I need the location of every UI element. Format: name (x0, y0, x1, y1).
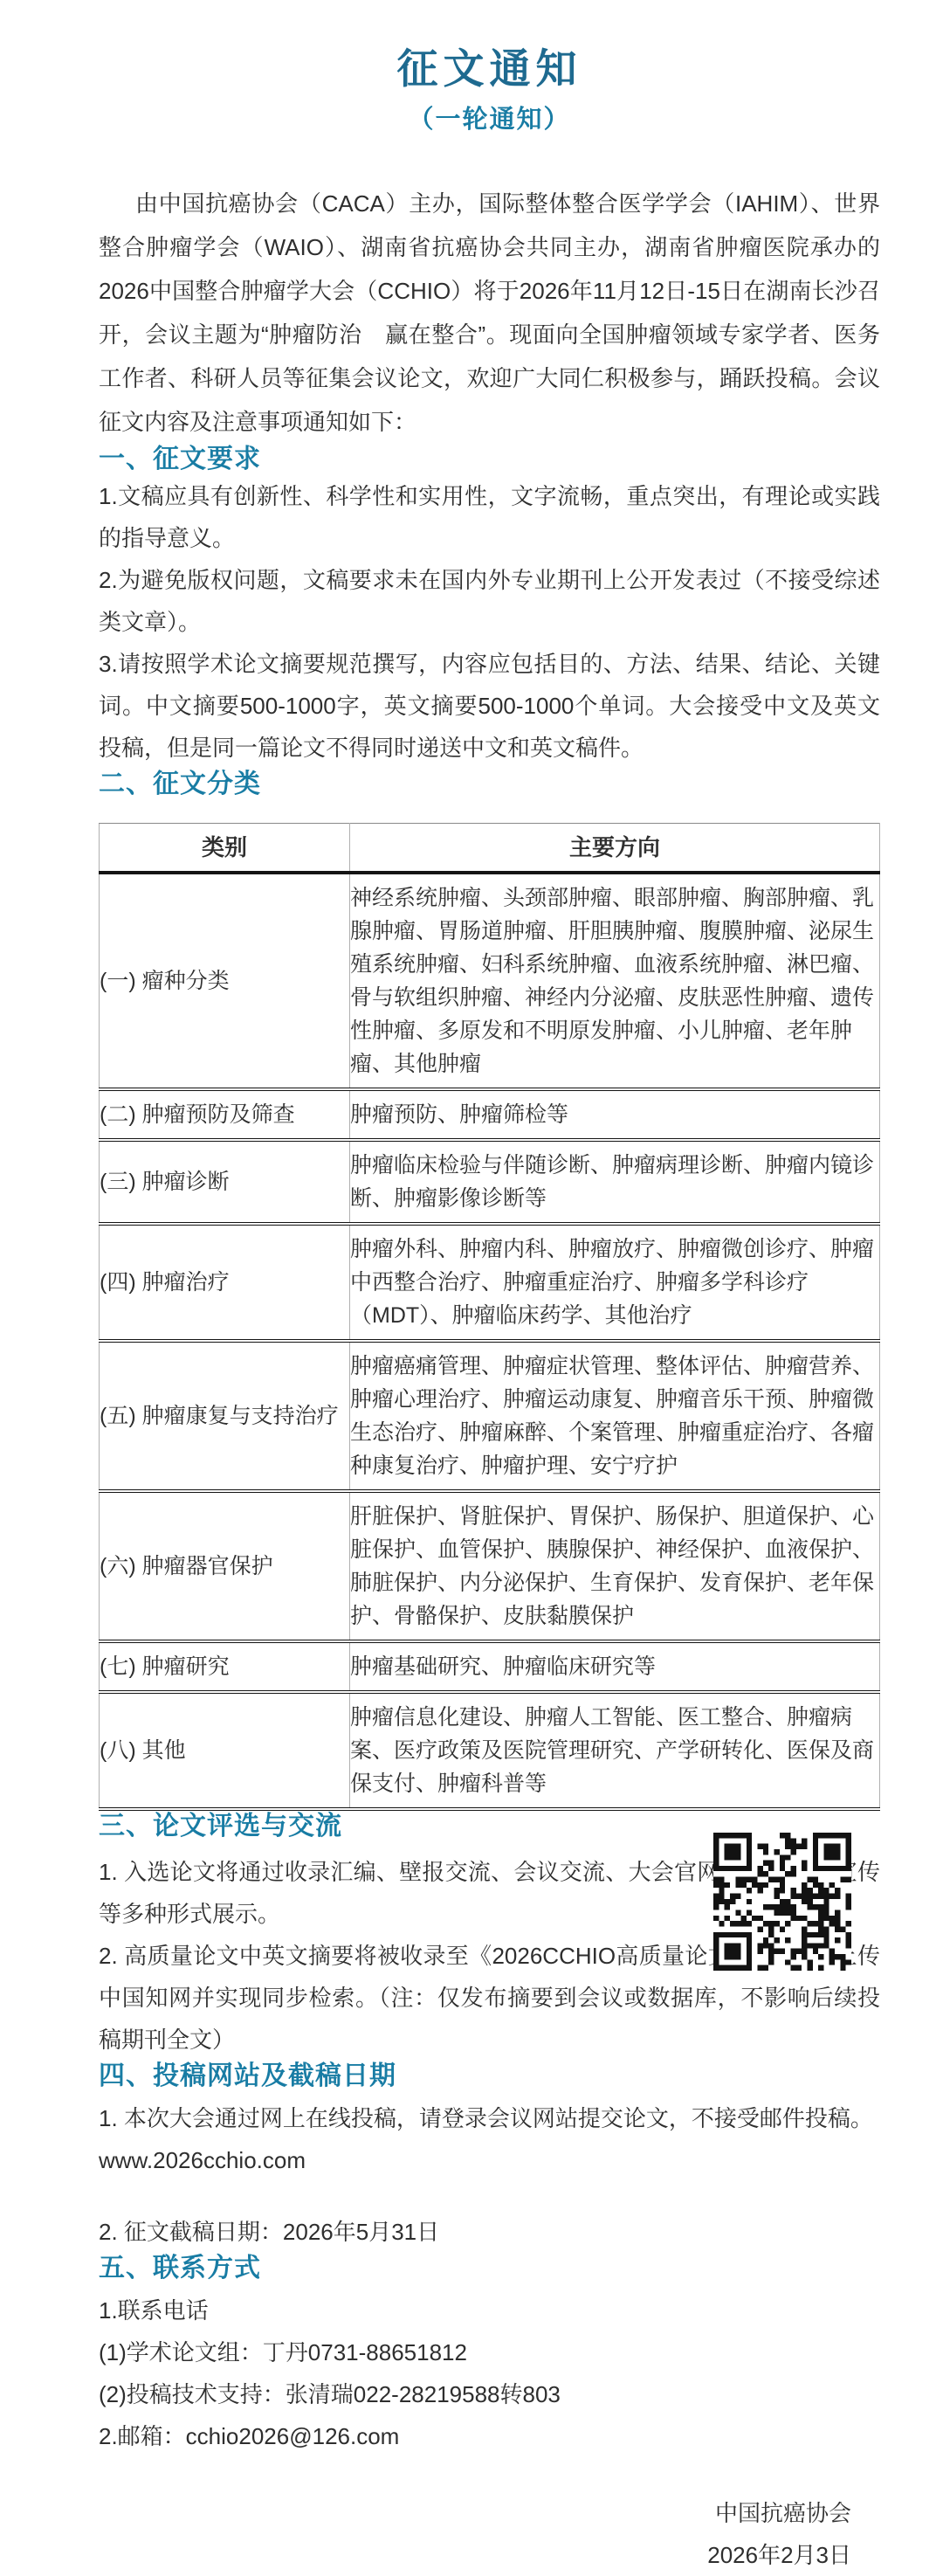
section-requirements: 1.文稿应具有创新性、科学性和实用性，文字流畅，重点突出，有理论或实践的指导意义… (99, 475, 880, 769)
requirement-item: 2.为避免版权问题，文稿要求未在国内外专业期刊上公开发表过（不接受综述类文章）。 (99, 559, 880, 643)
section-heading-contact: 五、联系方式 (99, 2253, 880, 2284)
direction-cell: 肿瘤预防、肿瘤筛检等 (350, 1089, 880, 1140)
table-row: (三) 肿瘤诊断 肿瘤临床检验与伴随诊断、肿瘤病理诊断、肿瘤内镜诊断、肿瘤影像诊… (100, 1140, 880, 1224)
table-row: (五) 肿瘤康复与支持治疗 肿瘤癌痛管理、肿瘤症状管理、整体评估、肿瘤营养、肿瘤… (100, 1341, 880, 1491)
table-row: (八) 其他 肿瘤信息化建设、肿瘤人工智能、医工整合、肿瘤病案、医疗政策及医院管… (100, 1692, 880, 1809)
signature-block: 中国抗癌协会 2026年2月3日 (99, 2492, 880, 2576)
category-cell: (三) 肿瘤诊断 (100, 1140, 350, 1224)
direction-cell: 肿瘤信息化建设、肿瘤人工智能、医工整合、肿瘤病案、医疗政策及医院管理研究、产学研… (350, 1692, 880, 1809)
contact-email: 2.邮箱：cchio2026@126.com (99, 2415, 880, 2457)
direction-cell: 肝脏保护、肾脏保护、胃保护、肠保护、胆道保护、心脏保护、血管保护、胰腺保护、神经… (350, 1491, 880, 1641)
section-heading-requirements: 一、征文要求 (99, 444, 880, 475)
table-header-row: 类别 主要方向 (100, 824, 880, 874)
section-heading-submission: 四、投稿网站及截稿日期 (99, 2061, 880, 2092)
table-row: (一) 瘤种分类 神经系统肿瘤、头颈部肿瘤、眼部肿瘤、胸部肿瘤、乳腺肿瘤、胃肠道… (100, 873, 880, 1089)
table-row: (七) 肿瘤研究 肿瘤基础研究、肿瘤临床研究等 (100, 1641, 880, 1692)
table-row: (六) 肿瘤器官保护 肝脏保护、肾脏保护、胃保护、肠保护、胆道保护、心脏保护、血… (100, 1491, 880, 1641)
submission-deadline: 2. 征文截稿日期：2026年5月31日 (99, 2211, 880, 2253)
category-cell: (五) 肿瘤康复与支持治疗 (100, 1341, 350, 1491)
section-submission: 1. 本次大会通过网上在线投稿，请登录会议网站提交论文，不接受邮件投稿。 www… (99, 2097, 880, 2253)
direction-cell: 肿瘤临床检验与伴随诊断、肿瘤病理诊断、肿瘤内镜诊断、肿瘤影像诊断等 (350, 1140, 880, 1224)
direction-cell: 肿瘤癌痛管理、肿瘤症状管理、整体评估、肿瘤营养、肿瘤心理治疗、肿瘤运动康复、肿瘤… (350, 1341, 880, 1491)
column-header-category: 类别 (100, 824, 350, 874)
table-row: (四) 肿瘤治疗 肿瘤外科、肿瘤内科、肿瘤放疗、肿瘤微创诊疗、肿瘤中西整合治疗、… (100, 1224, 880, 1341)
signature-organization: 中国抗癌协会 (99, 2492, 851, 2534)
qr-code-image (713, 1833, 851, 1971)
direction-cell: 肿瘤基础研究、肿瘤临床研究等 (350, 1641, 880, 1692)
table-row: (二) 肿瘤预防及筛查 肿瘤预防、肿瘤筛检等 (100, 1089, 880, 1140)
category-cell: (八) 其他 (100, 1692, 350, 1809)
category-cell: (六) 肿瘤器官保护 (100, 1491, 350, 1641)
contact-phone-label: 1.联系电话 (99, 2289, 880, 2331)
section-heading-categories: 二、征文分类 (99, 769, 880, 800)
notice-content: 征文通知 （一轮通知） 由中国抗癌协会（CACA）主办，国际整体整合医学学会（I… (0, 45, 943, 2576)
page-subtitle: （一轮通知） (99, 105, 880, 135)
categories-table: 类别 主要方向 (一) 瘤种分类 神经系统肿瘤、头颈部肿瘤、眼部肿瘤、胸部肿瘤、… (99, 823, 880, 1811)
category-cell: (二) 肿瘤预防及筛查 (100, 1089, 350, 1140)
category-cell: (七) 肿瘤研究 (100, 1641, 350, 1692)
signature-date: 2026年2月3日 (99, 2534, 851, 2576)
submission-note: 1. 本次大会通过网上在线投稿，请登录会议网站提交论文，不接受邮件投稿。 (99, 2097, 880, 2139)
category-cell: (四) 肿瘤治疗 (100, 1224, 350, 1341)
categories-table-body: (一) 瘤种分类 神经系统肿瘤、头颈部肿瘤、眼部肿瘤、胸部肿瘤、乳腺肿瘤、胃肠道… (100, 873, 880, 1809)
column-header-direction: 主要方向 (350, 824, 880, 874)
direction-cell: 神经系统肿瘤、头颈部肿瘤、眼部肿瘤、胸部肿瘤、乳腺肿瘤、胃肠道肿瘤、肝胆胰肿瘤、… (350, 873, 880, 1089)
contact-tech-support: (2)投稿技术支持：张清瑞022-28219588转803 (99, 2373, 880, 2415)
direction-cell: 肿瘤外科、肿瘤内科、肿瘤放疗、肿瘤微创诊疗、肿瘤中西整合治疗、肿瘤重症治疗、肿瘤… (350, 1224, 880, 1341)
notice-page: 征文通知 （一轮通知） 由中国抗癌协会（CACA）主办，国际整体整合医学学会（I… (0, 0, 943, 2576)
category-cell: (一) 瘤种分类 (100, 873, 350, 1089)
requirement-item: 3.请按照学术论文摘要规范撰写，内容应包括目的、方法、结果、结论、关键词。中文摘… (99, 643, 880, 769)
contact-academic-group: (1)学术论文组：丁丹0731-88651812 (99, 2331, 880, 2373)
page-title: 征文通知 (99, 45, 880, 93)
categories-table-head: 类别 主要方向 (100, 824, 880, 874)
requirement-item: 1.文稿应具有创新性、科学性和实用性，文字流畅，重点突出，有理论或实践的指导意义… (99, 475, 880, 559)
section-contact: 1.联系电话 (1)学术论文组：丁丹0731-88651812 (2)投稿技术支… (99, 2289, 880, 2457)
intro-paragraph: 由中国抗癌协会（CACA）主办，国际整体整合医学学会（IAHIM）、世界整合肿瘤… (99, 182, 880, 444)
submission-website-link[interactable]: www.2026cchio.com (99, 2139, 880, 2181)
